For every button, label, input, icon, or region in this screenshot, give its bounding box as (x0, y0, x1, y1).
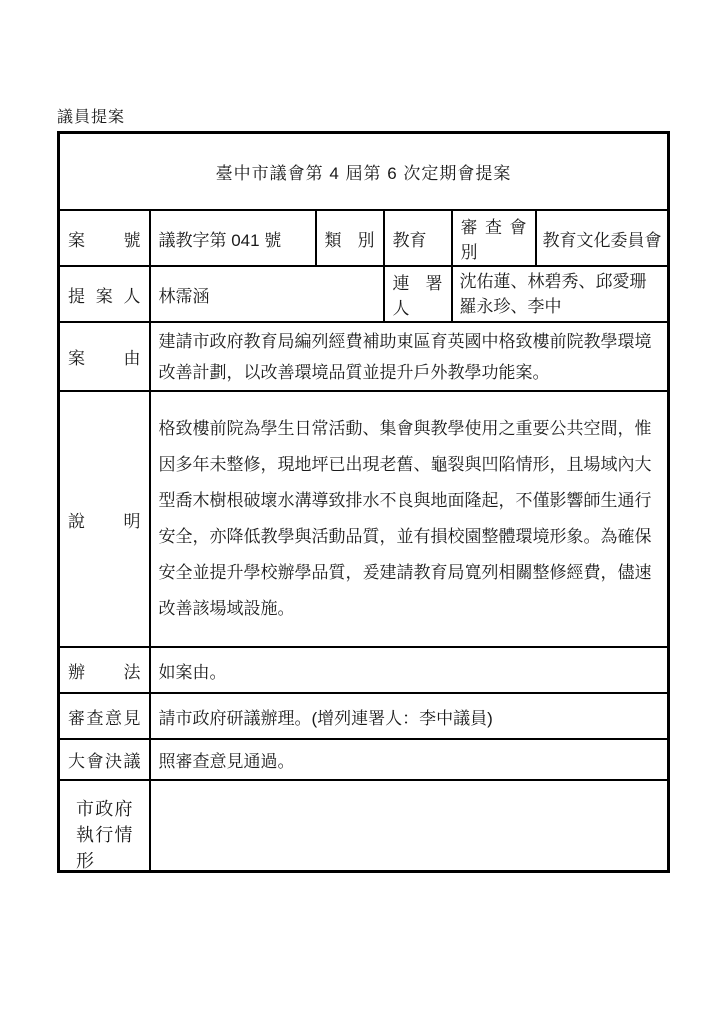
form-title: 臺中市議會第 4 屆第 6 次定期會提案 (59, 133, 669, 211)
proposer-label: 提案人 (59, 266, 150, 322)
case-number-row: 案號 議教字第 041 號 類別 教育 審查會別 教育文化委員會 (59, 210, 669, 266)
city-gov-execution-value (150, 780, 669, 872)
cosigners-label: 連署人 (384, 266, 452, 322)
cosigners-value: 沈佑蓮、林碧秀、邱愛珊 羅永珍、李中 (452, 266, 669, 322)
method-value: 如案由。 (150, 647, 669, 693)
document-category-label: 議員提案 (57, 104, 125, 127)
review-opinion-value: 請市政府研議辦理。(增列連署人：李中議員) (150, 693, 669, 739)
explanation-value: 格致樓前院為學生日常活動、集會與教學使用之重要公共空間，惟因多年未整修，現地坪已… (150, 391, 669, 647)
case-number-label: 案號 (59, 210, 150, 266)
review-committee-value: 教育文化委員會 (536, 210, 669, 266)
case-number-value: 議教字第 041 號 (150, 210, 316, 266)
subject-label: 案由 (59, 322, 150, 391)
explanation-row: 說明 格致樓前院為學生日常活動、集會與教學使用之重要公共空間，惟因多年未整修，現… (59, 391, 669, 647)
explanation-label: 說明 (59, 391, 150, 647)
subject-row: 案由 建請市政府教育局編列經費補助東區育英國中格致樓前院教學環境改善計劃，以改善… (59, 322, 669, 391)
subject-value: 建請市政府教育局編列經費補助東區育英國中格致樓前院教學環境改善計劃，以改善環境品… (150, 322, 669, 391)
method-label: 辦法 (59, 647, 150, 693)
review-opinion-label: 審查意見 (59, 693, 150, 739)
city-gov-execution-label-line2: 執行情形 (76, 821, 133, 872)
proposer-row: 提案人 林霈涵 連署人 沈佑蓮、林碧秀、邱愛珊 羅永珍、李中 (59, 266, 669, 322)
city-gov-execution-label-line1: 市政府 (76, 795, 133, 821)
title-row: 臺中市議會第 4 屆第 6 次定期會提案 (59, 133, 669, 211)
review-opinion-row: 審查意見 請市政府研議辦理。(增列連署人：李中議員) (59, 693, 669, 739)
category-value: 教育 (384, 210, 452, 266)
city-gov-execution-label: 市政府 執行情形 (59, 780, 150, 872)
proposal-form-table: 臺中市議會第 4 屆第 6 次定期會提案 案號 議教字第 041 號 類別 教育… (57, 131, 670, 873)
proposer-value: 林霈涵 (150, 266, 384, 322)
assembly-resolution-label: 大會決議 (59, 739, 150, 780)
assembly-resolution-row: 大會決議 照審查意見通過。 (59, 739, 669, 780)
assembly-resolution-value: 照審查意見通過。 (150, 739, 669, 780)
review-committee-label: 審查會別 (452, 210, 536, 266)
category-label: 類別 (316, 210, 384, 266)
document-page: 議員提案 臺中市議會第 4 屆第 6 次定期會提案 案號 議教字第 041 號 … (0, 0, 724, 1024)
city-gov-execution-row: 市政府 執行情形 (59, 780, 669, 872)
method-row: 辦法 如案由。 (59, 647, 669, 693)
